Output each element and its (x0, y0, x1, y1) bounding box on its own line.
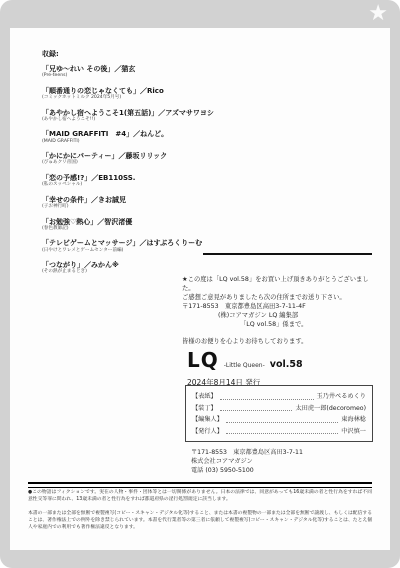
dotted-leader (226, 422, 338, 423)
notice-address-attn: 「LQ vol.58」係まで。 (240, 320, 373, 329)
legal-copyright: 本書の一部または全部を無断で複製複写(コピー・スキャン・デジタル化等)すること、… (28, 511, 372, 532)
credit-row: 【編集人】 東海林稔 (192, 414, 366, 426)
notice-request: ご感想ご意見がありましたら次の住所までお送り下さい。 (182, 293, 373, 302)
favorite-star-icon[interactable]: ★ (368, 1, 388, 27)
dotted-leader (220, 399, 314, 400)
toc-item-sub: (あやかし宿へようこそ!!) (42, 117, 192, 123)
toc-item-sub: (Pre-teens) (42, 73, 192, 79)
publisher-name: 株式会社コアマガジン (191, 457, 373, 466)
toc-item: 「兄ゆ〜れい その後」／猫玄 (Pre-teens) (42, 65, 192, 79)
credit-row: 【発行人】 中沢慎一 (192, 426, 366, 438)
credit-label: 【表紙】 (192, 391, 217, 403)
volume-number: vol.58 (270, 359, 303, 370)
toc-item: 「MAID GRAFFITI #4」／ねんど。 (MAID GRAFFITI) (42, 130, 192, 144)
toc-item-sub: (コミックホットミルク 2024年5月号) (42, 95, 192, 101)
credit-name: 中沢慎一 (341, 426, 366, 438)
publisher-phone: 電話 (03) 5950-5100 (191, 466, 373, 475)
dotted-leader (220, 410, 293, 411)
toc-item-sub: (ぴゅあクリ帝国) (42, 160, 192, 166)
toc-item-title: 「兄ゆ〜れい その後」／猫玄 (42, 65, 192, 73)
toc-item-title: 「あやかし宿へようこそ1(第五話)」／アズマサワヨシ (42, 109, 192, 117)
table-of-contents: 収録: 「兄ゆ〜れい その後」／猫玄 (Pre-teens) 「順番通りの恋じゃ… (42, 49, 192, 283)
legal-disclaimer: ●この物語はフィクションです。実在の人物・事件・団体等とは一切関係がありません。… (28, 490, 372, 504)
credit-name: 太田虎一郎(decoromeo) (295, 403, 366, 415)
credit-row: 【表紙】 玉乃井ぺるめくり (192, 391, 366, 403)
toc-item: 「お勉強♡熱心」／智沢渚優 (春色教師記) (42, 218, 192, 232)
toc-item-title: 「幸せの条件」／きお誠児 (42, 196, 192, 204)
toc-item-sub: (その熱が止まるとき) (42, 269, 192, 275)
notice-address-dept: (株)コアマガジン LQ 編集部 (218, 311, 373, 320)
notice-address: 〒171-8553 東京都豊島区高田3-7-11-4F (182, 302, 373, 311)
credit-label: 【発行人】 (192, 426, 223, 438)
credit-row: 【装丁】 太田虎一郎(decoromeo) (192, 403, 366, 415)
toc-item-title: 「恋の予感!?」／EB110SS. (42, 174, 192, 182)
toc-item: 「かにかにパーティー」／藤坂リリック (ぴゅあクリ帝国) (42, 152, 192, 166)
toc-item-title: 「MAID GRAFFITI #4」／ねんど。 (42, 130, 192, 138)
colophon-page: 収録: 「兄ゆ〜れい その後」／猫玄 (Pre-teens) 「順番通りの恋じゃ… (10, 28, 390, 550)
toc-item-sub: (子お神行町) (42, 204, 192, 210)
toc-item: 「テレビゲームとマッサージ」／はすぶろくりーむ (日やけとワレメとゲームセンター… (42, 239, 192, 253)
divider-line (203, 253, 372, 255)
magazine-logo: LQ (187, 348, 219, 372)
toc-item: 「つながり」／みかん※ (その熱が止まるとき) (42, 261, 192, 275)
toc-item: 「恋の予感!?」／EB110SS. (私のスッペシャル) (42, 174, 192, 188)
toc-item-sub: (日やけとワレメとゲームセンター前編) (42, 248, 192, 254)
credit-label: 【編集人】 (192, 414, 223, 426)
toc-heading: 収録: (42, 49, 192, 59)
toc-item-sub: (私のスッペシャル) (42, 182, 192, 188)
double-divider-line (28, 482, 372, 488)
credits-box: 【表紙】 玉乃井ぺるめくり 【装丁】 太田虎一郎(decoromeo) 【編集人… (185, 385, 373, 442)
credit-name: 玉乃井ぺるめくり (317, 391, 367, 403)
reader-letter-notice: ★この度は「LQ vol.58」をお買い上げ頂きありがとうございました。 ご感想… (182, 275, 373, 346)
toc-item: 「順番通りの恋じゃなくても」／Rico (コミックホットミルク 2024年5月号… (42, 87, 192, 101)
masthead: LQ -Little Queen- vol.58 2024年8月14日 発行 (187, 348, 373, 388)
reader-background: ★ 収録: 「兄ゆ〜れい その後」／猫玄 (Pre-teens) 「順番通りの恋… (0, 0, 400, 568)
credit-name: 東海林稔 (341, 414, 366, 426)
legal-fine-print: ●この物語はフィクションです。実在の人物・事件・団体等とは一切関係がありません。… (28, 490, 372, 539)
toc-item-sub: (春色教師記) (42, 226, 192, 232)
toc-item: 「あやかし宿へようこそ1(第五話)」／アズマサワヨシ (あやかし宿へようこそ!!… (42, 109, 192, 123)
publisher-address: 〒171-8553 東京都豊島区高田3-7-11 (191, 448, 373, 457)
toc-item-sub: (MAID GRAFFITI) (42, 139, 192, 145)
toc-item-title: 「テレビゲームとマッサージ」／はすぶろくりーむ (42, 239, 192, 247)
publisher-block: 〒171-8553 東京都豊島区高田3-7-11 株式会社コアマガジン 電話 (… (191, 448, 373, 475)
toc-item-title: 「お勉強♡熱心」／智沢渚優 (42, 218, 192, 226)
notice-thanks: ★この度は「LQ vol.58」をお買い上げ頂きありがとうございました。 (182, 275, 373, 293)
toc-item-title: 「順番通りの恋じゃなくても」／Rico (42, 87, 192, 95)
magazine-subtitle: -Little Queen- (224, 362, 265, 369)
notice-closing: 皆様のお便りを心よりお待ちしております。 (182, 337, 373, 346)
dotted-leader (226, 433, 338, 434)
credit-label: 【装丁】 (192, 403, 217, 415)
toc-item: 「幸せの条件」／きお誠児 (子お神行町) (42, 196, 192, 210)
